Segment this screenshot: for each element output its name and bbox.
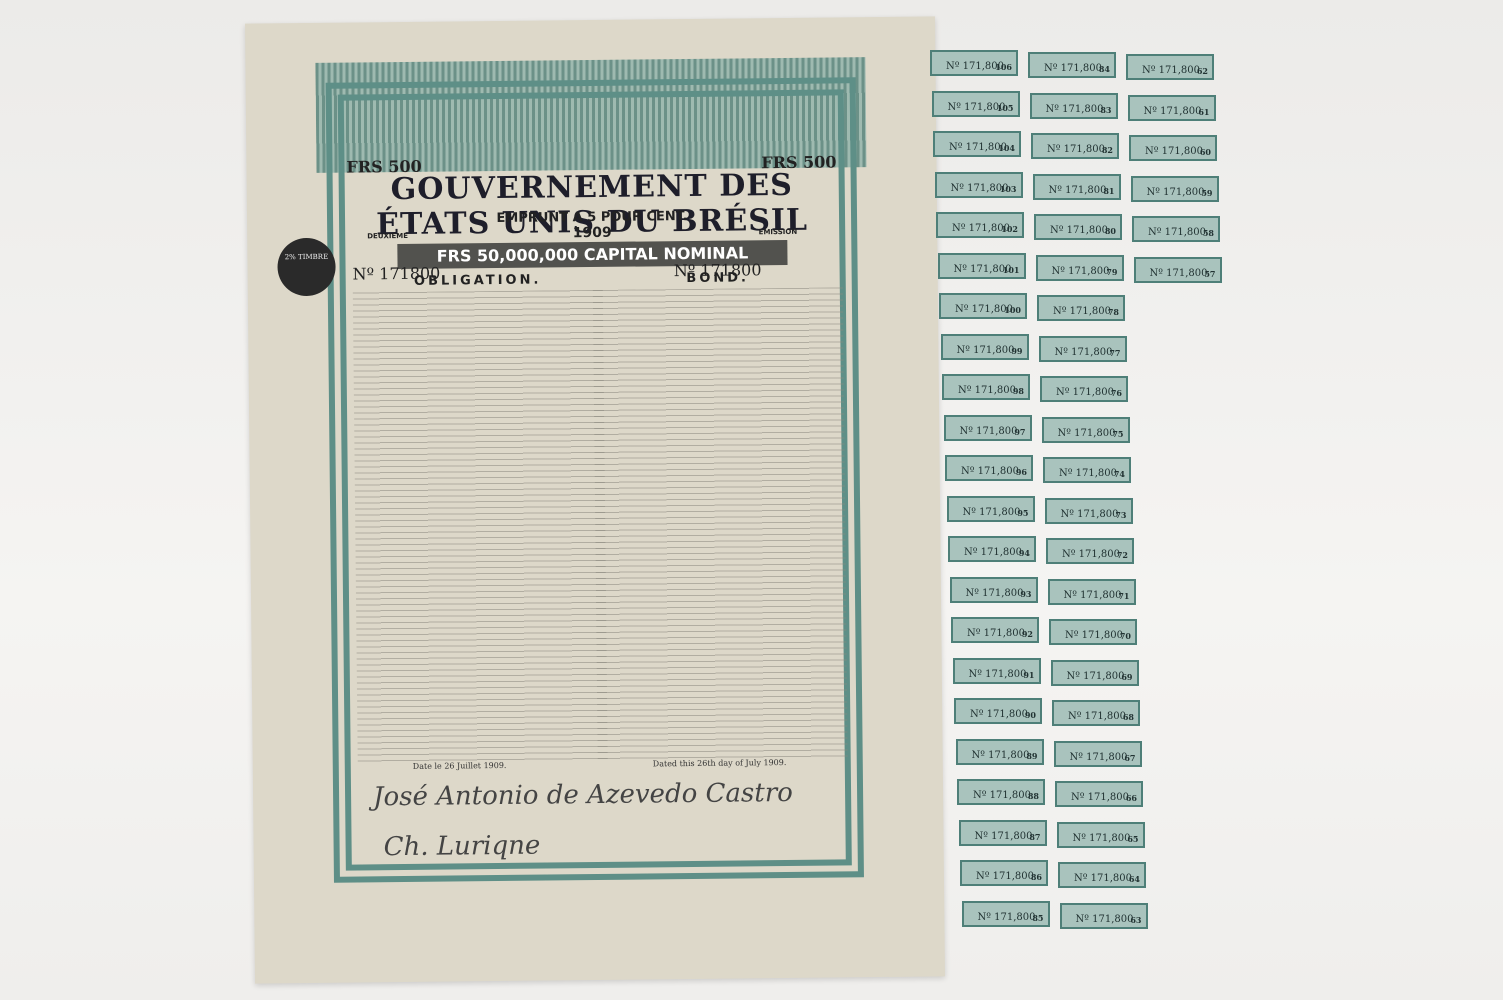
coupon-index: 81 xyxy=(1103,186,1114,196)
coupon: Nº 171,80089 xyxy=(956,739,1044,765)
coupon-index: 62 xyxy=(1197,66,1208,76)
coupon-index: 69 xyxy=(1121,672,1132,682)
coupon: Nº 171,80086 xyxy=(960,860,1048,886)
coupon: Nº 171,80065 xyxy=(1057,822,1145,848)
coupon-serial: Nº 171,800 xyxy=(1068,711,1126,722)
coupon-index: 82 xyxy=(1102,145,1113,155)
coupon-index: 71 xyxy=(1118,591,1129,601)
coupon-serial: Nº 171,800 xyxy=(1058,428,1116,439)
coupon: Nº 171,80098 xyxy=(942,374,1030,400)
coupon-serial: Nº 171,800 xyxy=(1067,671,1125,682)
coupon-index: 85 xyxy=(1032,913,1043,923)
coupon: Nº 171,80087 xyxy=(959,820,1047,846)
coupon-serial: Nº 171,800 xyxy=(1047,144,1105,155)
coupon: Nº 171,80095 xyxy=(947,496,1035,522)
coupon-index: 79 xyxy=(1106,267,1117,277)
coupon-serial: Nº 171,800 xyxy=(1150,268,1208,279)
coupon: Nº 171,80060 xyxy=(1129,135,1217,161)
coupon-serial: Nº 171,800 xyxy=(1145,146,1203,157)
coupon: Nº 171,800106 xyxy=(930,50,1018,76)
coupon-serial: Nº 171,800 xyxy=(973,790,1031,801)
coupon: Nº 171,80097 xyxy=(944,415,1032,441)
coupon-serial: Nº 171,800 xyxy=(966,588,1024,599)
coupon-index: 73 xyxy=(1115,510,1126,520)
coupon-index: 84 xyxy=(1099,64,1110,74)
coupon-index: 98 xyxy=(1013,386,1024,396)
coupon-index: 90 xyxy=(1025,710,1036,720)
coupon-index: 67 xyxy=(1124,753,1135,763)
coupon-index: 65 xyxy=(1127,834,1138,844)
coupon: Nº 171,80073 xyxy=(1045,498,1133,524)
bond-certificate: FRS 500 FRS 500 GOUVERNEMENT DES ÉTATS U… xyxy=(245,16,945,983)
coupon: Nº 171,80085 xyxy=(962,901,1050,927)
coupon: Nº 171,80084 xyxy=(1028,52,1116,78)
coupon-index: 72 xyxy=(1117,550,1128,560)
coupon-serial: Nº 171,800 xyxy=(967,628,1025,639)
coupon: Nº 171,80076 xyxy=(1040,376,1128,402)
coupon: Nº 171,80090 xyxy=(954,698,1042,724)
coupon-index: 102 xyxy=(1001,224,1018,234)
bond-heading: BOND. xyxy=(593,273,843,284)
date-english: Dated this 26th day of July 1909. xyxy=(653,758,787,768)
obligation-text xyxy=(353,290,608,763)
coupon-serial: Nº 171,800 xyxy=(1059,468,1117,479)
coupon-serial: Nº 171,800 xyxy=(1044,63,1102,74)
signature-1: José Antonio de Azevedo Castro xyxy=(373,778,793,812)
coupon-index: 99 xyxy=(1011,346,1022,356)
coupon-index: 86 xyxy=(1031,872,1042,882)
coupon: Nº 171,80066 xyxy=(1055,781,1143,807)
coupon-index: 63 xyxy=(1130,915,1141,925)
signature-2: Ch. Luriqne xyxy=(383,831,540,863)
coupon-index: 75 xyxy=(1112,429,1123,439)
coupon-index: 88 xyxy=(1028,791,1039,801)
coupon: Nº 171,80067 xyxy=(1054,741,1142,767)
coupon-serial: Nº 171,800 xyxy=(970,709,1028,720)
coupon: Nº 171,80081 xyxy=(1033,174,1121,200)
coupon-serial: Nº 171,800 xyxy=(1046,104,1104,115)
coupon-index: 97 xyxy=(1014,427,1025,437)
coupon: Nº 171,80069 xyxy=(1051,660,1139,686)
coupon-serial: Nº 171,800 xyxy=(975,831,1033,842)
coupon-index: 94 xyxy=(1019,548,1030,558)
coupon: Nº 171,80099 xyxy=(941,334,1029,360)
date-french: Date le 26 Juillet 1909. xyxy=(413,761,507,771)
coupon: Nº 171,80062 xyxy=(1126,54,1214,80)
coupon-serial: Nº 171,800 xyxy=(1076,914,1134,925)
coupon-index: 68 xyxy=(1123,712,1134,722)
coupon: Nº 171,80068 xyxy=(1052,700,1140,726)
coupon: Nº 171,80070 xyxy=(1049,619,1137,645)
coupon-index: 60 xyxy=(1200,147,1211,157)
coupon-index: 103 xyxy=(1000,184,1017,194)
coupon-index: 89 xyxy=(1026,751,1037,761)
coupon: Nº 171,800100 xyxy=(939,293,1027,319)
coupon-serial: Nº 171,800 xyxy=(972,750,1030,761)
coupon-serial: Nº 171,800 xyxy=(963,507,1021,518)
coupon: Nº 171,80071 xyxy=(1048,579,1136,605)
coupon: Nº 171,80072 xyxy=(1046,538,1134,564)
coupon-serial: Nº 171,800 xyxy=(961,466,1019,477)
coupon-serial: Nº 171,800 xyxy=(1144,106,1202,117)
coupon-index: 74 xyxy=(1114,469,1125,479)
coupon-index: 61 xyxy=(1198,107,1209,117)
coupon-serial: Nº 171,800 xyxy=(1064,590,1122,601)
coupon-serial: Nº 171,800 xyxy=(958,385,1016,396)
coupon: Nº 171,800104 xyxy=(933,131,1021,157)
coupon-index: 76 xyxy=(1111,388,1122,398)
coupon-serial: Nº 171,800 xyxy=(1148,227,1206,238)
bond-text xyxy=(593,287,848,760)
tax-stamp: 2% TIMBRE xyxy=(277,238,336,297)
coupon: Nº 171,80094 xyxy=(948,536,1036,562)
emission-left: DEUXIEME xyxy=(367,232,408,240)
coupon-index: 70 xyxy=(1120,631,1131,641)
coupon-serial: Nº 171,800 xyxy=(1070,752,1128,763)
coupon: Nº 171,80075 xyxy=(1042,417,1130,443)
coupon-index: 77 xyxy=(1109,348,1120,358)
emission-right: EMISSION xyxy=(759,228,798,236)
coupon: Nº 171,80064 xyxy=(1058,862,1146,888)
coupon-serial: Nº 171,800 xyxy=(1052,266,1110,277)
coupon-serial: Nº 171,800 xyxy=(1053,306,1111,317)
coupon: Nº 171,80096 xyxy=(945,455,1033,481)
coupon-serial: Nº 171,800 xyxy=(1074,873,1132,884)
coupon-index: 106 xyxy=(995,62,1012,72)
coupon-serial: Nº 171,800 xyxy=(957,345,1015,356)
coupon-index: 78 xyxy=(1108,307,1119,317)
coupon-index: 91 xyxy=(1023,670,1034,680)
coupon: Nº 171,80074 xyxy=(1043,457,1131,483)
coupon: Nº 171,80059 xyxy=(1131,176,1219,202)
coupon-serial: Nº 171,800 xyxy=(1062,549,1120,560)
coupon-serial: Nº 171,800 xyxy=(1065,630,1123,641)
coupon-index: 95 xyxy=(1017,508,1028,518)
coupon-serial: Nº 171,800 xyxy=(1056,387,1114,398)
coupon: Nº 171,80078 xyxy=(1037,295,1125,321)
coupon-serial: Nº 171,800 xyxy=(960,426,1018,437)
coupon-index: 92 xyxy=(1022,629,1033,639)
coupon: Nº 171,80061 xyxy=(1128,95,1216,121)
bond-column: Nº 171800 BOND. xyxy=(593,265,848,760)
coupon: Nº 171,80082 xyxy=(1031,133,1119,159)
coupon-serial: Nº 171,800 xyxy=(964,547,1022,558)
coupon-index: 96 xyxy=(1016,467,1027,477)
coupon-serial: Nº 171,800 xyxy=(1061,509,1119,520)
coupon-index: 104 xyxy=(998,143,1015,153)
coupon: Nº 171,80091 xyxy=(953,658,1041,684)
coupon-serial: Nº 171,800 xyxy=(1147,187,1205,198)
coupon-serial: Nº 171,800 xyxy=(978,912,1036,923)
coupon-serial: Nº 171,800 xyxy=(969,669,1027,680)
coupon: Nº 171,80093 xyxy=(950,577,1038,603)
coupon-index: 100 xyxy=(1004,305,1021,315)
coupon-index: 80 xyxy=(1105,226,1116,236)
coupon: Nº 171,80080 xyxy=(1034,214,1122,240)
coupon: Nº 171,80088 xyxy=(957,779,1045,805)
coupon: Nº 171,800102 xyxy=(936,212,1024,238)
coupon-serial: Nº 171,800 xyxy=(1071,792,1129,803)
coupon: Nº 171,800103 xyxy=(935,172,1023,198)
coupon: Nº 171,800105 xyxy=(932,91,1020,117)
coupon: Nº 171,80079 xyxy=(1036,255,1124,281)
coupon: Nº 171,800101 xyxy=(938,253,1026,279)
obligation-column: Nº 171800 OBLIGATION. xyxy=(353,268,608,763)
coupon: Nº 171,80077 xyxy=(1039,336,1127,362)
coupon-index: 101 xyxy=(1003,265,1020,275)
coupon-index: 105 xyxy=(997,103,1014,113)
coupon-index: 87 xyxy=(1029,832,1040,842)
coupon-index: 83 xyxy=(1100,105,1111,115)
coupon-index: 58 xyxy=(1203,228,1214,238)
coupon-serial: Nº 171,800 xyxy=(1073,833,1131,844)
coupon: Nº 171,80058 xyxy=(1132,216,1220,242)
coupon-index: 66 xyxy=(1126,793,1137,803)
coupon-serial: Nº 171,800 xyxy=(1049,185,1107,196)
coupon-serial: Nº 171,800 xyxy=(1055,347,1113,358)
coupon-index: 59 xyxy=(1201,188,1212,198)
coupon: Nº 171,80092 xyxy=(951,617,1039,643)
coupon: Nº 171,80063 xyxy=(1060,903,1148,929)
coupon-serial: Nº 171,800 xyxy=(1050,225,1108,236)
coupon-index: 57 xyxy=(1204,269,1215,279)
coupon-serial: Nº 171,800 xyxy=(976,871,1034,882)
coupon-index: 93 xyxy=(1020,589,1031,599)
coupon-index: 64 xyxy=(1129,874,1140,884)
coupon-serial: Nº 171,800 xyxy=(1142,65,1200,76)
coupon: Nº 171,80057 xyxy=(1134,257,1222,283)
coupon: Nº 171,80083 xyxy=(1030,93,1118,119)
